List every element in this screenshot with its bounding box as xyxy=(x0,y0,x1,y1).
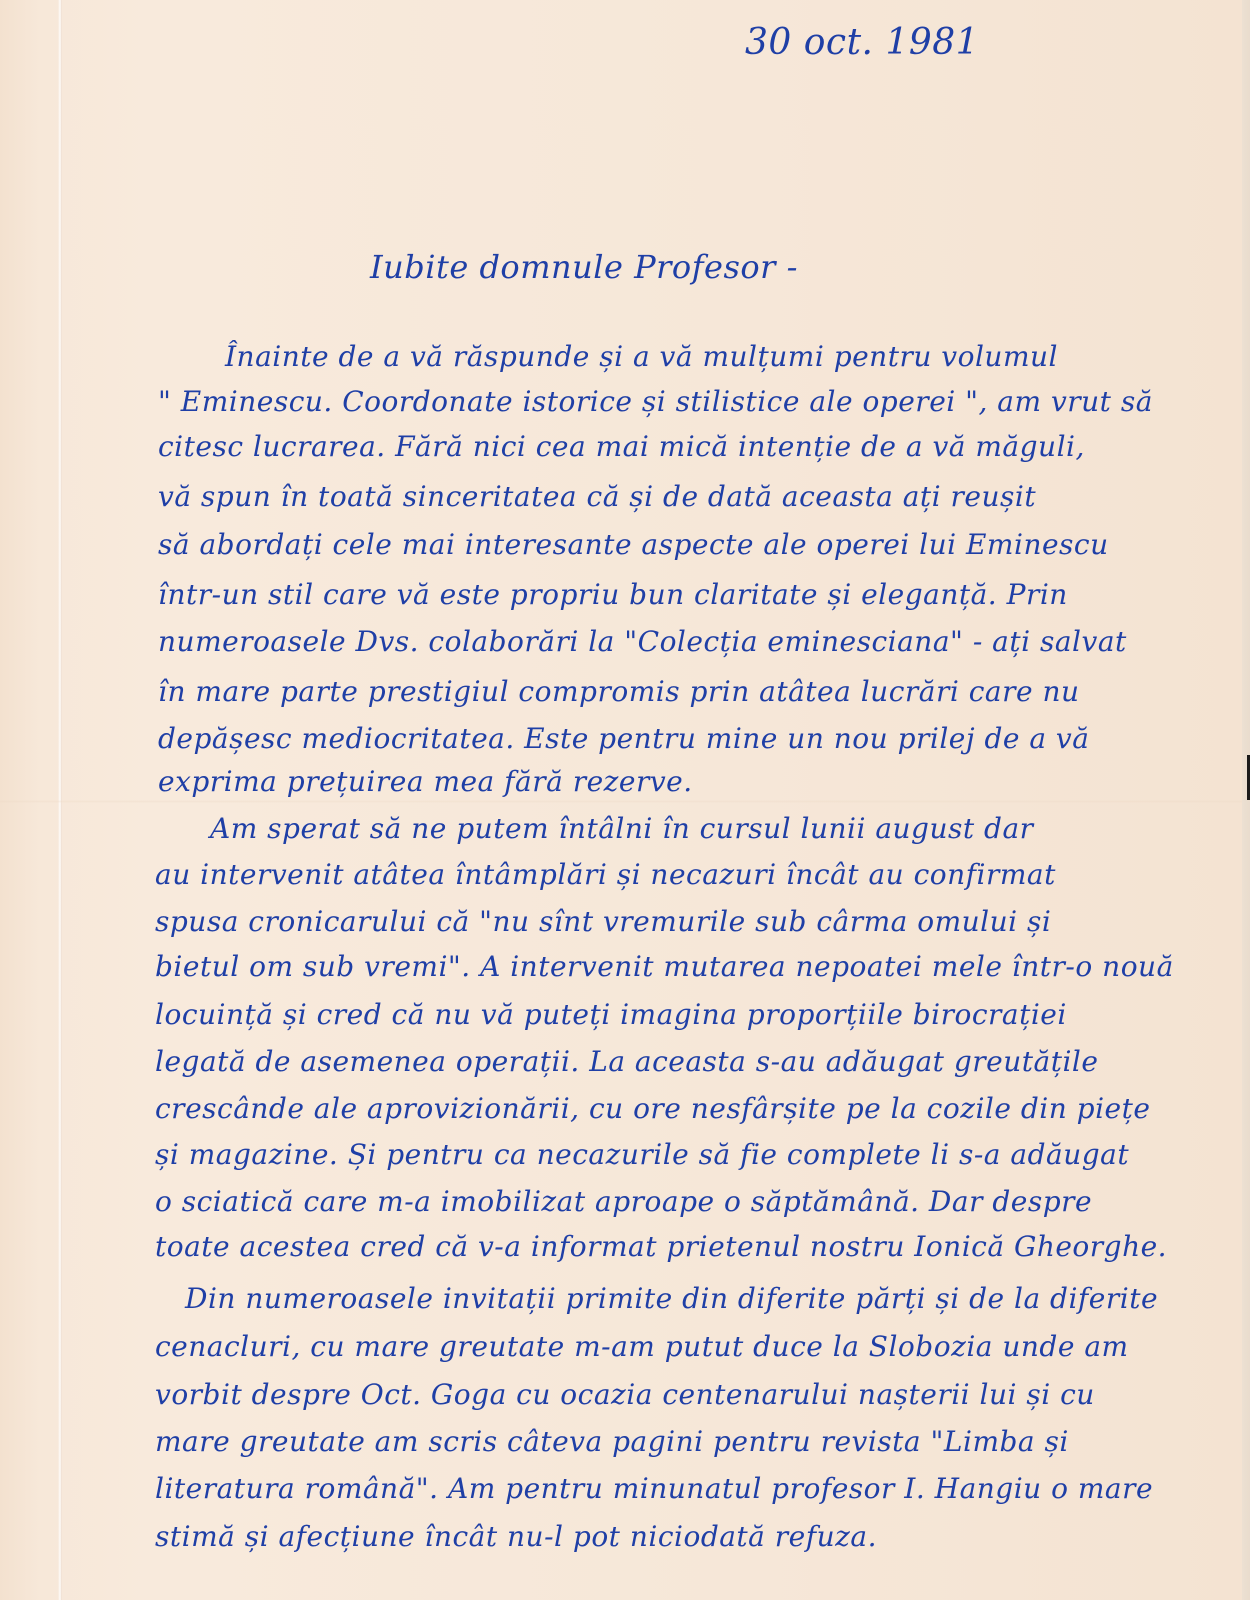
letter-line: Din numeroasele invitații primite din di… xyxy=(185,1282,1158,1315)
letter-line: Înainte de a vă răspunde și a vă mulțumi… xyxy=(225,340,1058,373)
letter-line: mare greutate am scris câteva pagini pen… xyxy=(155,1425,1069,1458)
letter-line: vă spun în toată sinceritatea că și de d… xyxy=(158,480,1036,513)
paper-right-edge xyxy=(1242,0,1250,1600)
letter-line: cenacluri, cu mare greutate m-am putut d… xyxy=(155,1330,1129,1363)
letter-date: 30 oct. 1981 xyxy=(745,22,979,63)
letter-line: depășesc mediocritatea. Este pentru mine… xyxy=(158,722,1089,755)
letter-line: și magazine. Și pentru ca necazurile să … xyxy=(155,1138,1129,1171)
letter-salutation: Iubite domnule Profesor - xyxy=(370,248,798,286)
letter-line: în mare parte prestigiul compromis prin … xyxy=(158,675,1080,708)
letter-line: bietul om sub vremi". A intervenit mutar… xyxy=(155,950,1174,983)
letter-line: legată de asemenea operații. La aceasta … xyxy=(155,1045,1098,1078)
paper-fold-horizontal xyxy=(0,800,1250,803)
letter-line: locuință și cred că nu vă puteți imagina… xyxy=(155,998,1067,1031)
letter-line: într-un stil care vă este propriu bun cl… xyxy=(158,578,1068,611)
letter-line: literatura română". Am pentru minunatul … xyxy=(155,1472,1153,1505)
letter-line: citesc lucrarea. Fără nici cea mai mică … xyxy=(158,430,1085,463)
letter-line: " Eminescu. Coordonate istorice și stili… xyxy=(158,385,1153,418)
letter-line: o sciatică care m-a imobilizat aproape o… xyxy=(155,1185,1092,1218)
letter-line: Am sperat să ne putem întâlni în cursul … xyxy=(210,812,1034,845)
letter-line: să abordați cele mai interesante aspecte… xyxy=(158,528,1109,561)
letter-line: vorbit despre Oct. Goga cu ocazia centen… xyxy=(155,1378,1095,1411)
letter-line: numeroasele Dvs. colaborări la "Colecția… xyxy=(158,625,1127,658)
letter-line: spusa cronicarului că "nu sînt vremurile… xyxy=(155,905,1051,938)
letter-line: exprima prețuirea mea fără rezerve. xyxy=(158,765,693,798)
letter-line: au intervenit atâtea întâmplări și necaz… xyxy=(155,858,1056,891)
letter-line: crescânde ale aprovizionării, cu ore nes… xyxy=(155,1092,1150,1125)
letter-line: toate acestea cred că v-a informat priet… xyxy=(155,1230,1167,1263)
letter-line: stimă și afecțiune încât nu-l pot niciod… xyxy=(155,1520,877,1553)
letter-sheet: 30 oct. 1981 Iubite domnule Profesor - Î… xyxy=(0,0,1250,1600)
